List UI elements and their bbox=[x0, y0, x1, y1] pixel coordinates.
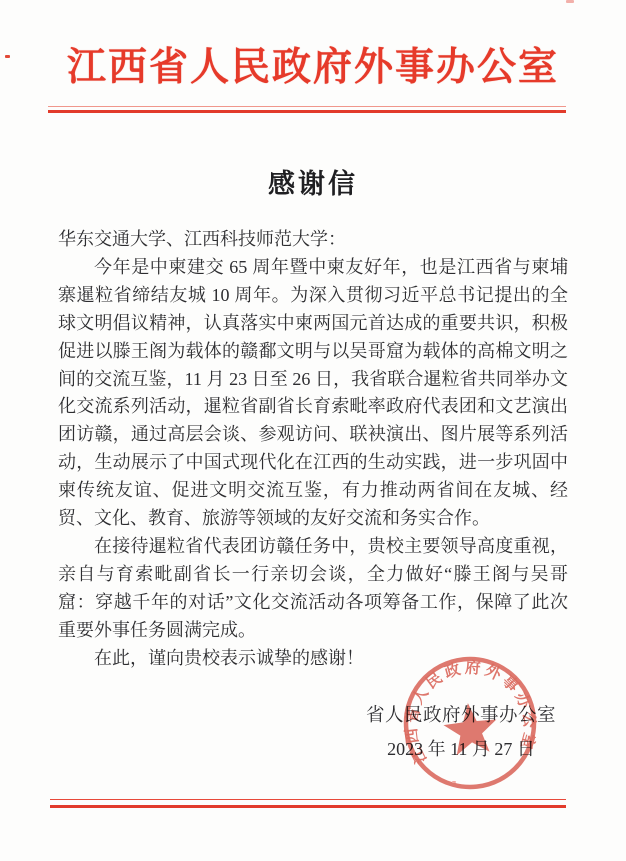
closing-thanks-line: 在此，谨向贵校表示诚挚的感谢！ bbox=[58, 645, 568, 673]
letter-body: 华东交通大学、江西科技师范大学： 今年是中柬建交 65 周年暨中柬友好年，也是江… bbox=[58, 226, 568, 673]
signature-organization: 省人民政府外事办公室 bbox=[366, 701, 556, 731]
salutation-line: 华东交通大学、江西科技师范大学： bbox=[58, 226, 568, 254]
scanned-letter-page: 江西省人民政府外事办公室 感谢信 华东交通大学、江西科技师范大学： 今年是中柬建… bbox=[0, 0, 626, 861]
scan-speck bbox=[452, 781, 456, 783]
body-paragraph-1: 今年是中柬建交 65 周年暨中柬友好年，也是江西省与柬埔寨暹粒省缔结友城 10 … bbox=[58, 254, 568, 533]
footer-rule bbox=[50, 799, 566, 808]
body-paragraph-2: 在接待暹粒省代表团访赣任务中，贵校主要领导高度重视，亲自与育索毗副省长一行亲切会… bbox=[58, 533, 568, 645]
scan-speck bbox=[566, 0, 574, 3]
scan-speck bbox=[5, 55, 10, 58]
signature-block: 省人民政府外事办公室 2023 年 11 月 27 日 bbox=[366, 701, 556, 764]
letterhead-divider-rule bbox=[48, 106, 566, 113]
letterhead-title: 江西省人民政府外事办公室 bbox=[0, 36, 626, 92]
signature-date: 2023 年 11 月 27 日 bbox=[366, 734, 556, 764]
letter-title: 感谢信 bbox=[0, 162, 626, 201]
